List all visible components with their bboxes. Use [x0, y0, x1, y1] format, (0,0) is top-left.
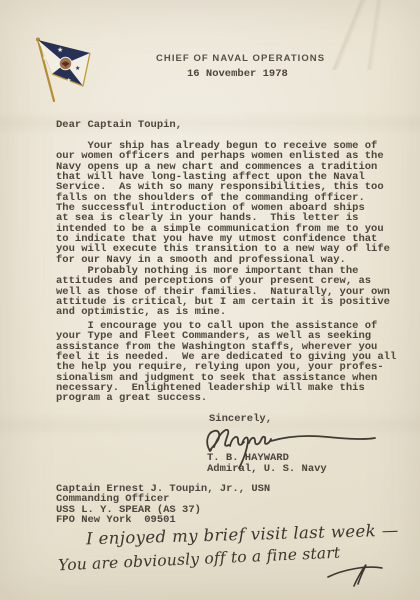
handwritten-initial: [320, 556, 390, 588]
letter-date: 16 November 1978: [187, 69, 288, 79]
handwritten-note-line-2: You are obviously off to a fine start: [58, 544, 341, 575]
paragraph-2: Probably nothing is more important than …: [56, 266, 390, 318]
letter-page: ★ ★ ★ ★ CHIEF OF NAVAL OPERATIONS 16 Nov…: [0, 0, 420, 600]
signature-typed-title: Admiral, U. S. Navy: [207, 464, 327, 474]
paragraph-1: Your ship has already begun to receive s…: [56, 141, 390, 265]
svg-text:★: ★: [57, 46, 63, 54]
svg-text:★: ★: [75, 65, 80, 72]
svg-text:★: ★: [42, 55, 47, 62]
recipient-address-block: Captain Ernest J. Toupin, Jr., USN Comma…: [56, 484, 270, 525]
svg-text:★: ★: [66, 77, 71, 84]
signature-typed-name: T. B. HAYWARD: [207, 453, 289, 463]
letterhead-organization: CHIEF OF NAVAL OPERATIONS: [156, 53, 325, 64]
closing: Sincerely,: [209, 414, 272, 424]
salutation: Dear Captain Toupin,: [56, 120, 182, 130]
paragraph-3: I encourage you to call upon the assista…: [56, 321, 396, 404]
cno-flag-icon: ★ ★ ★ ★: [24, 34, 100, 106]
